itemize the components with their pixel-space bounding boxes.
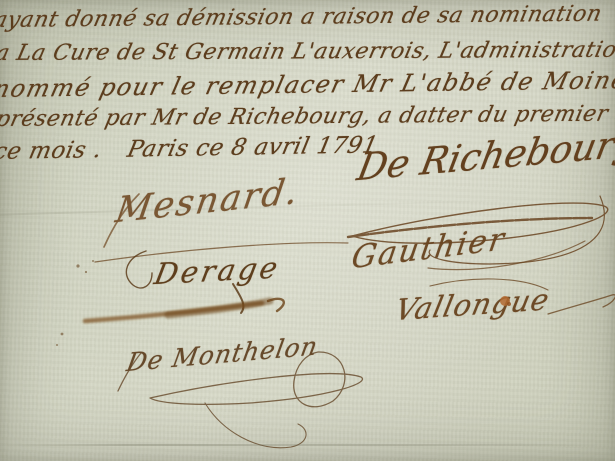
paper-crease [0, 196, 615, 215]
signature-mesnard: Mesnard. [113, 171, 303, 231]
body-line-4: présenté par Mr de Richebourg, a datter … [0, 102, 611, 132]
manuscript-photo: ayant donné sa démission a raison de sa … [0, 0, 615, 461]
body-line-5: ce mois .Paris ce 8 avril 1791 [0, 132, 381, 165]
dateline: Paris ce 8 avril 1791 [125, 132, 381, 162]
body-line-1: ayant donné sa démission a raison de sa … [0, 2, 604, 33]
ink-specks [56, 260, 94, 346]
signature-vallongue: Vallongue [392, 282, 553, 327]
signature-de-richebourg: De Richebourg [354, 121, 615, 189]
paper-crease [0, 444, 615, 446]
signature-derage: Derage [152, 250, 284, 291]
body-line-2: a La Cure de St Germain L'auxerrois, L'a… [0, 38, 615, 66]
signature-de-monthelon: De Monthelon [124, 331, 320, 377]
signature-gauthier: Gauthier [349, 221, 508, 277]
closing-fragment: ce mois . [0, 137, 105, 165]
body-line-3: nommé pour le remplacer Mr L'abbé de Moi… [0, 66, 615, 103]
ink-smear [85, 299, 284, 321]
